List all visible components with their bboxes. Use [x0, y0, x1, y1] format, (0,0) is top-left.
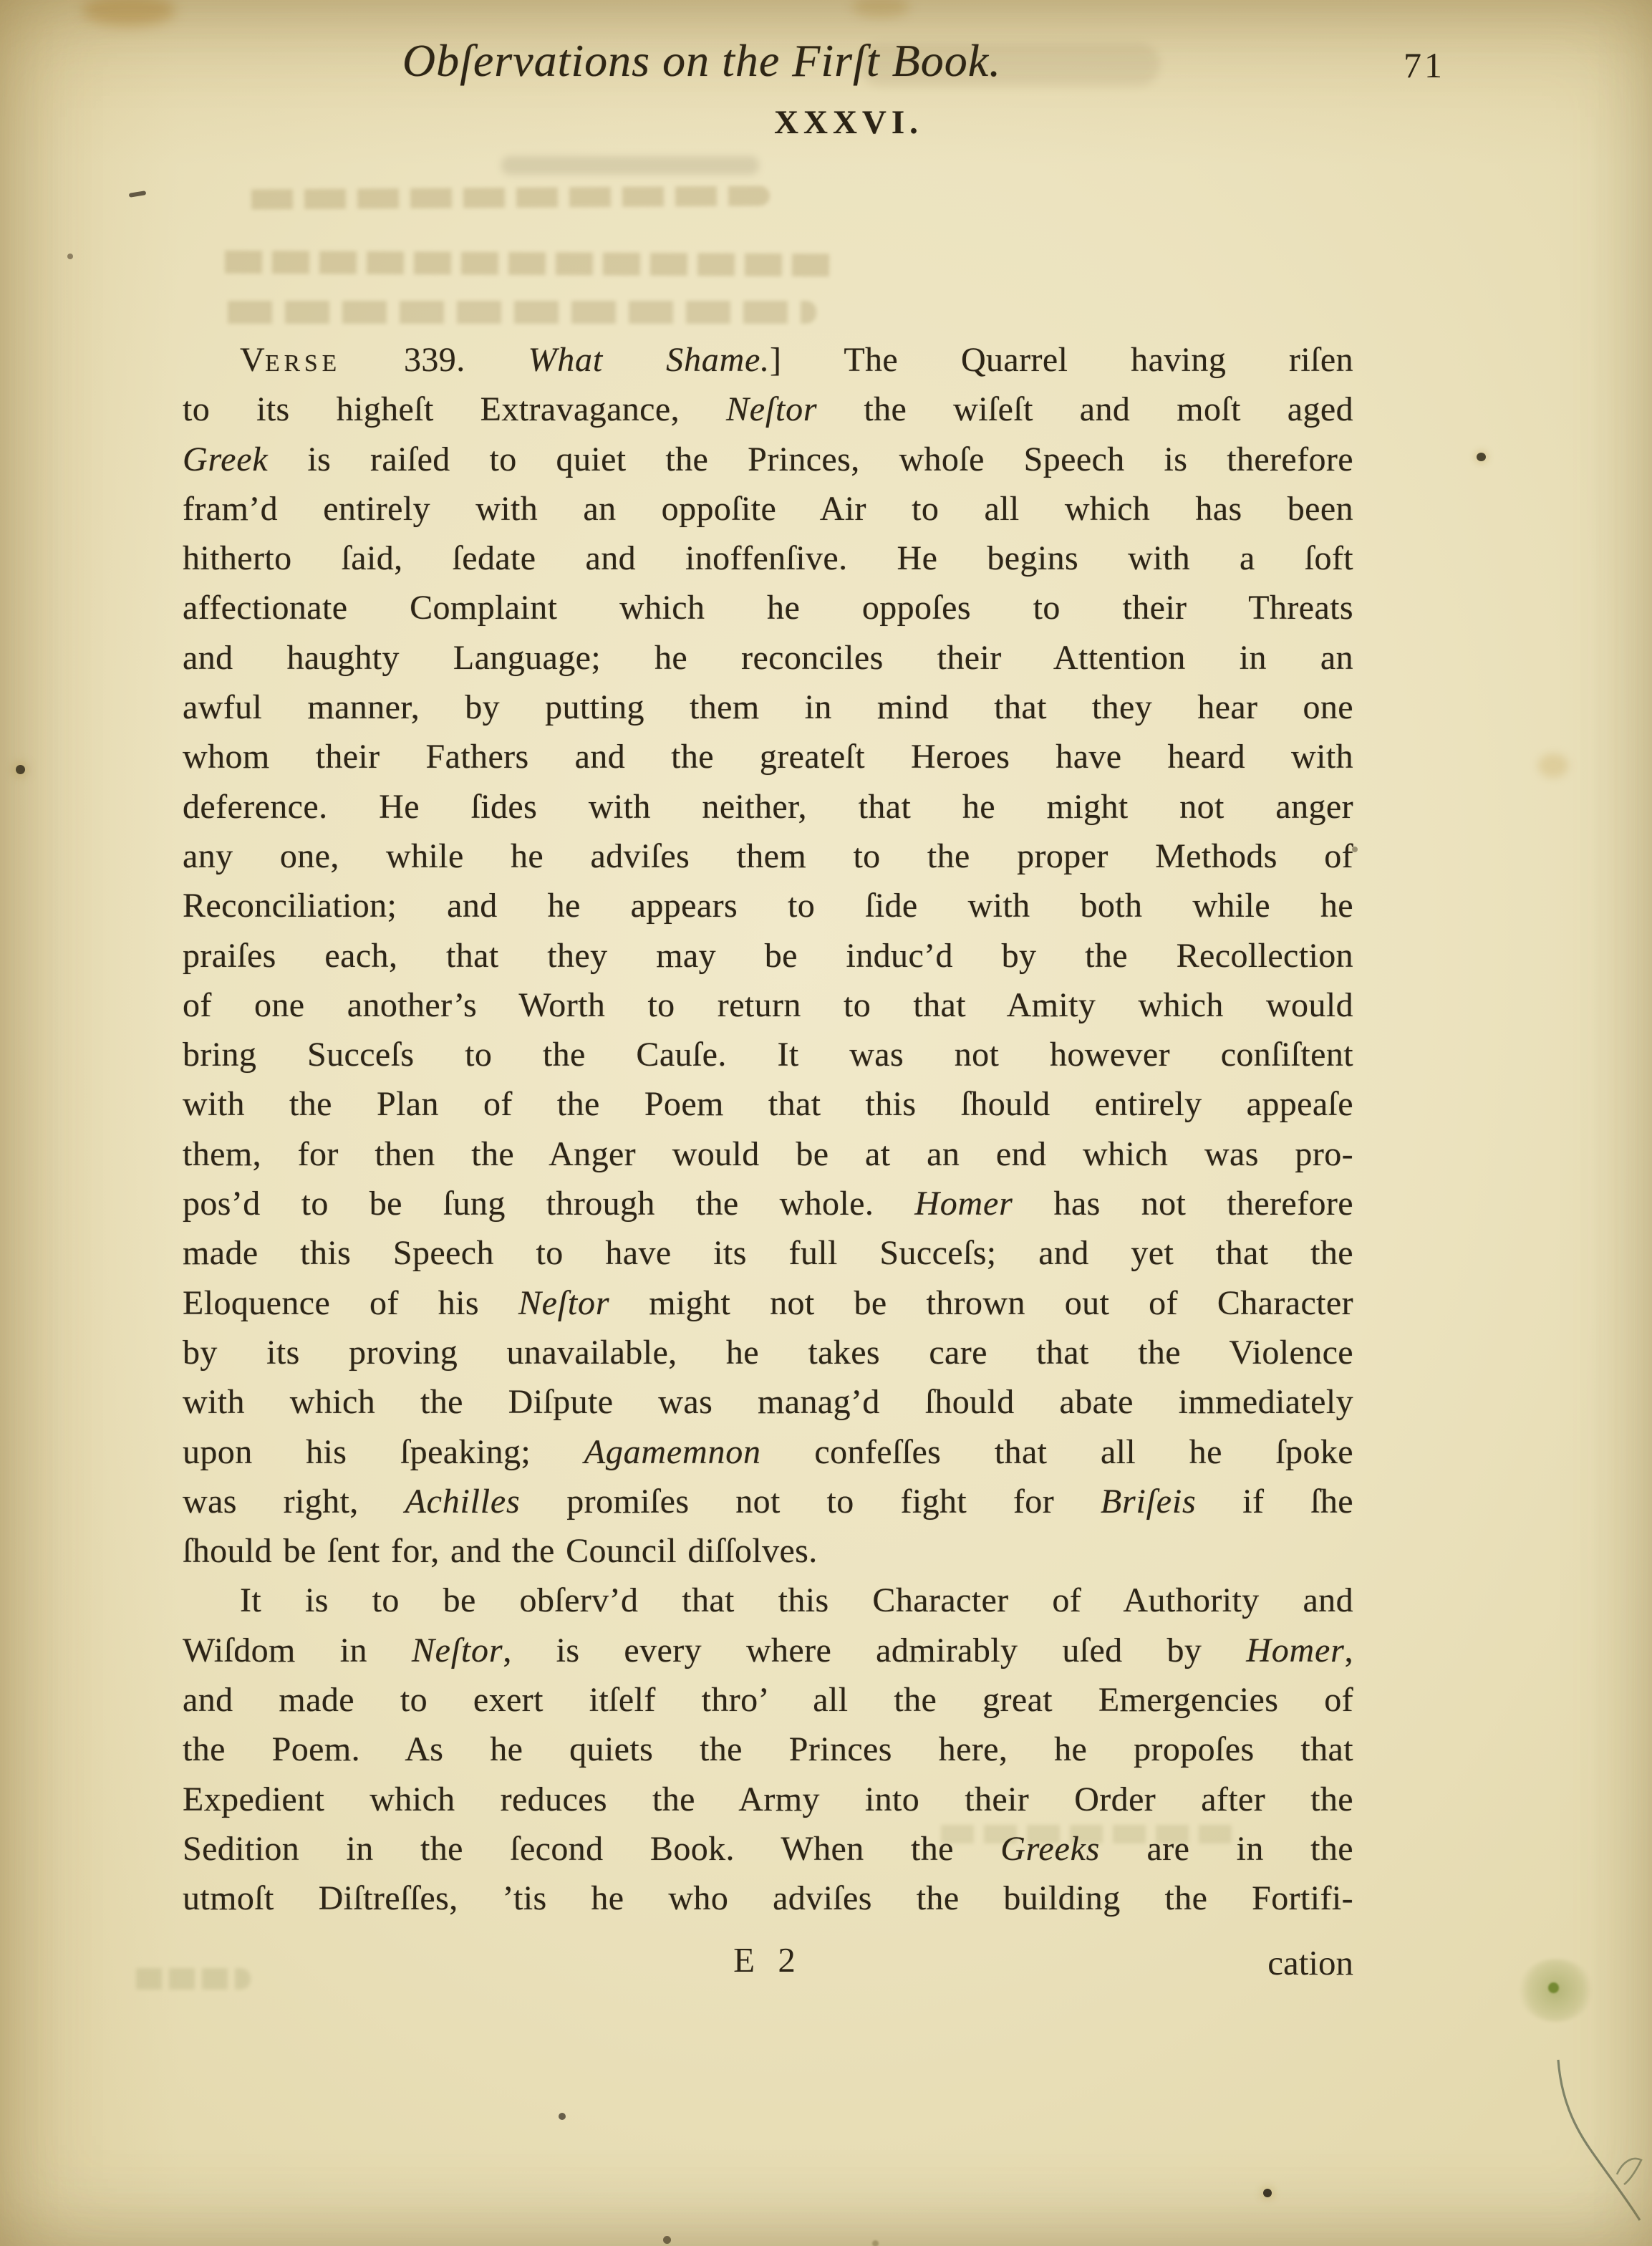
paragraph-1-line-19: made this Speech to have its full Succeſ… [183, 1228, 1353, 1278]
green-stain [1518, 1959, 1593, 2022]
stain-top [852, 0, 909, 17]
paragraph-2-line-1: It is to be obſerv’d that this Character… [183, 1576, 1353, 1625]
book-page: Obſervations on the Firſt Book. 71 XXXVI… [0, 0, 1652, 2246]
foxing-speck [872, 2240, 879, 2246]
paragraph-2-line-5: Expedient which reduces the Army into th… [183, 1775, 1353, 1824]
paragraph-1-line-15: bring Succeſs to the Cauſe. It was not h… [183, 1030, 1353, 1079]
body-text: VERSE 339. What Shame.] The Quarrel havi… [183, 335, 1353, 1924]
ink-dash-mark [129, 191, 147, 198]
show-through-text-band [240, 185, 770, 209]
paragraph-1-line-4: fram’d entirely with an oppoſite Air to … [183, 484, 1353, 534]
paragraph-1-line-5: hitherto ſaid, ſedate and inoffenſive. H… [183, 534, 1353, 583]
paragraph-1-line-2: to its higheſt Extravagance, Neſtor the … [183, 385, 1353, 434]
catchword: cation [1267, 1942, 1353, 1983]
foxing-spot [1538, 753, 1568, 778]
paragraph-1-line-25: ſhould be ſent for, and the Council diſſ… [183, 1526, 1353, 1576]
foxing-speck [1477, 453, 1486, 461]
paragraph-1-line-3: Greek is raiſed to quiet the Princes, wh… [183, 435, 1353, 484]
foxing-speck [67, 254, 73, 259]
signature-mark: E 2 [183, 1939, 1353, 1980]
paragraph-1-line-16: with the Plan of the Poem that this ſhou… [183, 1079, 1353, 1129]
paragraph-1-line-20: Eloquence of his Neſtor might not be thr… [183, 1278, 1353, 1328]
show-through-text-band [215, 251, 838, 277]
page-footer: E 2 cation [183, 1939, 1353, 1990]
stain-top-left [82, 0, 175, 26]
paragraph-1-line-13: praiſes each, that they may be induc’d b… [183, 931, 1353, 980]
paragraph-1-line-21: by its proving unavailable, he takes car… [183, 1328, 1353, 1377]
paragraph-1-line-6: affectionate Complaint which he oppoſes … [183, 583, 1353, 632]
paragraph-1-line-12: Reconciliation; and he appears to ſide w… [183, 881, 1353, 930]
section-heading: XXXVI. [183, 103, 1515, 142]
foxing-speck [16, 765, 25, 774]
foxing-speck [559, 2113, 566, 2120]
paragraph-1-line-10: deference. He ſides with neither, that h… [183, 782, 1353, 832]
paragraph-2-line-7: utmoſt Diſtreſſes, ’tis he who adviſes t… [183, 1874, 1353, 1923]
page-number: 71 [1404, 44, 1518, 86]
paragraph-2-line-4: the Poem. As he quiets the Princes here,… [183, 1725, 1353, 1774]
running-title: Obſervations on the Firſt Book. [165, 34, 1239, 87]
paragraph-1-line-7: and haughty Language; he reconciles thei… [183, 633, 1353, 683]
paragraph-1-line-23: upon his ſpeaking; Agamemnon confeſſes t… [183, 1427, 1353, 1477]
paragraph-1-line-1: VERSE 339. What Shame.] The Quarrel havi… [183, 335, 1353, 385]
green-stain-center [1548, 1982, 1559, 1993]
paragraph-1-line-8: awful manner, by putting them in mind th… [183, 683, 1353, 732]
paragraph-2-line-6: Sedition in the ſecond Book. When the Gr… [183, 1824, 1353, 1874]
paragraph-1-line-14: of one another’s Worth to return to that… [183, 980, 1353, 1030]
paragraph-1-line-11: any one, while he adviſes them to the pr… [183, 832, 1353, 881]
show-through-text-band [215, 301, 816, 324]
paragraph-2-line-2: Wiſdom in Neſtor, is every where admirab… [183, 1626, 1353, 1675]
paragraph-1-line-24: was right, Achilles promiſes not to figh… [183, 1477, 1353, 1526]
paragraph-1-line-9: whom their Fathers and the greateſt Hero… [183, 732, 1353, 781]
smudge [501, 156, 759, 175]
paper-tint-left [0, 0, 179, 2246]
paragraph-1-line-18: pos’d to be ſung through the whole. Home… [183, 1179, 1353, 1228]
foxing-speck [1263, 2189, 1272, 2197]
paragraph-1-line-17: them, for then the Anger would be at an … [183, 1129, 1353, 1179]
paragraph-1-line-22: with which the Diſpute was manag’d ſhoul… [183, 1377, 1353, 1427]
foxing-speck [663, 2236, 671, 2244]
paragraph-2-line-3: and made to exert itſelf thro’ all the g… [183, 1675, 1353, 1725]
